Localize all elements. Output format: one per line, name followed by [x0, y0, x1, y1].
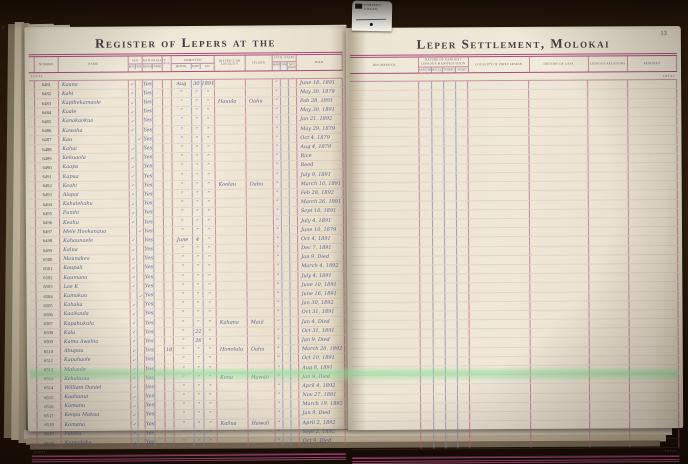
table-cell: ” — [204, 410, 217, 418]
table-cell — [434, 357, 446, 365]
table-cell: ” — [194, 383, 204, 391]
table-cell — [590, 310, 629, 318]
table-cell — [281, 106, 289, 114]
table-cell: 6503 — [36, 283, 60, 291]
table-cell: Kapihekamaole — [59, 98, 129, 107]
table-cell: ✓ — [131, 411, 138, 419]
table-cell: ” — [174, 383, 194, 391]
table-cell: ✓ — [130, 264, 137, 272]
table-cell — [457, 210, 469, 218]
table-cell — [291, 327, 299, 335]
table-cell: ” — [193, 254, 203, 262]
table-cell — [469, 127, 530, 136]
table-cell: April 4, 1892 — [299, 382, 345, 391]
table-cell — [444, 155, 457, 163]
table-cell: Oct 9, Died — [300, 437, 346, 446]
table-cell: ” — [203, 236, 216, 244]
table-cell — [290, 198, 298, 206]
table-cell: Kapahaole — [61, 356, 131, 365]
table-cell — [247, 263, 274, 271]
table-cell: ✓ — [129, 153, 136, 161]
table-cell — [165, 337, 174, 345]
table-cell: ” — [194, 410, 204, 418]
table-cell — [419, 109, 432, 117]
table-cell: Yes — [144, 181, 154, 189]
column-header: Number — [35, 57, 59, 72]
table-cell — [137, 190, 144, 198]
column-subheader-label: Mixed — [456, 67, 468, 72]
table-cell — [156, 420, 166, 428]
table-cell — [458, 247, 470, 255]
table-cell: ” — [203, 180, 216, 188]
tab-label-line2: DISEASE — [364, 7, 379, 11]
table-cell — [290, 217, 298, 225]
table-cell — [165, 365, 174, 373]
table-cell — [290, 272, 298, 280]
table-cell: ✓ — [131, 310, 138, 318]
table-cell — [445, 348, 458, 356]
table-cell — [471, 439, 532, 448]
table-cell: ” — [194, 373, 204, 381]
table-cell — [247, 244, 274, 252]
table-cell — [445, 238, 458, 246]
table-cell: Kapahukula — [61, 319, 131, 328]
table-cell — [163, 107, 172, 115]
table-cell — [420, 219, 433, 227]
table-cell — [591, 439, 630, 447]
table-cell — [433, 192, 445, 200]
table-cell — [351, 284, 420, 293]
table-cell — [445, 265, 458, 273]
table-cell: 4 — [193, 236, 203, 244]
column-header: District or Locality — [215, 56, 246, 71]
table-cell — [216, 244, 247, 252]
table-cell — [289, 161, 297, 169]
table-cell: June 10, 1879 — [298, 225, 344, 234]
table-cell — [433, 229, 445, 237]
table-cell — [283, 391, 291, 399]
table-cell: Koolau — [216, 180, 247, 188]
table-cell — [421, 366, 434, 374]
column-header: NationalityHawaiianForeigner — [143, 56, 163, 71]
table-cell — [457, 173, 469, 181]
table-cell — [531, 375, 590, 384]
table-cell — [445, 330, 458, 338]
table-cell — [138, 310, 145, 318]
table-cell: June 18, 1891 — [297, 78, 343, 87]
table-cell — [531, 301, 590, 310]
table-cell — [421, 385, 434, 393]
table-cell: Kahai — [59, 144, 129, 153]
table-cell: Kala — [61, 328, 131, 337]
table-cell — [630, 438, 679, 446]
table-cell — [469, 118, 530, 127]
table-cell — [629, 200, 678, 208]
table-cell — [421, 348, 434, 356]
table-cell — [469, 136, 530, 145]
table-cell — [138, 346, 145, 354]
column-subheader-label: Female — [135, 64, 142, 69]
table-cell: Sept 2, 1892 — [300, 427, 346, 436]
table-cell — [281, 134, 289, 142]
punch-hole — [370, 23, 373, 26]
table-cell: 6508 — [37, 329, 61, 337]
table-cell: ” — [175, 429, 195, 437]
table-cell: ✓ — [131, 300, 138, 308]
table-cell — [165, 410, 174, 418]
table-cell: ” — [204, 392, 217, 400]
table-cell — [291, 308, 299, 316]
table-cell: ✓ — [131, 383, 138, 391]
table-cell: ” — [275, 327, 283, 335]
table-cell: Kona — [217, 373, 248, 381]
table-cell — [139, 429, 146, 437]
table-cell — [629, 218, 678, 226]
table-cell — [247, 253, 274, 261]
table-cell: ” — [274, 171, 282, 179]
table-cell: ” — [174, 374, 194, 382]
table-cell — [457, 192, 469, 200]
column-header: Nature of Earliest Leprous Manifestation… — [419, 57, 469, 72]
table-cell — [629, 328, 678, 336]
table-cell — [137, 199, 144, 207]
table-cell — [434, 366, 446, 374]
table-cell: Kahi — [59, 89, 129, 98]
table-cell — [591, 420, 630, 428]
table-cell — [444, 210, 457, 218]
table-cell — [434, 422, 446, 430]
table-cell: 22 — [194, 328, 204, 336]
table-cell: ” — [192, 89, 202, 97]
table-cell — [290, 180, 298, 188]
table-cell — [589, 163, 628, 171]
table-cell: 6518 — [38, 421, 62, 429]
table-cell: ” — [192, 116, 202, 124]
table-cell: 6482 — [35, 90, 59, 98]
table-cell — [164, 227, 173, 235]
column-header-label: Number — [35, 62, 58, 68]
table-cell: Kekuaola — [59, 154, 129, 163]
table-cell: ” — [274, 198, 282, 206]
table-cell: ” — [202, 107, 215, 115]
table-cell: Kahalehaku — [60, 199, 130, 208]
table-cell: Feb 28, 1891 — [297, 97, 343, 106]
table-cell — [588, 80, 627, 88]
table-cell: Rice — [297, 152, 343, 161]
table-cell — [352, 385, 421, 394]
table-cell — [432, 146, 444, 154]
table-cell — [433, 210, 445, 218]
table-cell — [420, 265, 433, 273]
table-cell — [629, 319, 678, 327]
table-cell — [458, 394, 470, 402]
table-cell — [445, 376, 458, 384]
table-cell — [469, 145, 530, 154]
table-cell — [589, 209, 628, 217]
table-cell — [136, 98, 143, 106]
table-cell: ” — [193, 208, 203, 216]
table-cell — [420, 275, 433, 283]
table-cell: ✓ — [129, 80, 136, 88]
table-cell — [216, 226, 247, 234]
column-header-label: Island — [246, 60, 272, 66]
table-cell — [137, 236, 144, 244]
table-cell — [290, 226, 298, 234]
table-cell — [421, 440, 434, 448]
table-cell: ” — [273, 143, 281, 151]
table-cell — [433, 238, 445, 246]
column-header: AdmittedMonthDateA.D. — [172, 56, 215, 71]
table-cell — [215, 153, 246, 161]
table-cell — [248, 364, 275, 372]
table-cell — [530, 237, 589, 246]
table-cell — [291, 336, 299, 344]
table-cell — [589, 108, 628, 116]
table-cell: ” — [274, 263, 282, 271]
table-cell: March 19, 1892 — [299, 400, 345, 409]
table-cell: Punihi — [60, 209, 130, 218]
table-cell: ” — [273, 152, 281, 160]
column-header: Leprous Relations — [589, 56, 628, 71]
table-cell — [445, 256, 458, 264]
table-cell: ✓ — [132, 429, 139, 437]
table-cell — [420, 229, 433, 237]
table-cell — [282, 217, 290, 225]
table-cell — [215, 116, 246, 124]
table-cell — [468, 90, 529, 99]
table-cell — [350, 128, 419, 137]
table-cell — [153, 162, 163, 170]
table-cell — [247, 235, 274, 243]
table-cell: ” — [194, 401, 204, 409]
table-cell — [289, 106, 297, 114]
column-header: Discharged — [350, 58, 419, 74]
table-cell — [351, 256, 420, 265]
table-cell — [420, 238, 433, 246]
table-cell — [469, 246, 530, 255]
table-cell — [445, 293, 458, 301]
table-cell: Yes — [144, 254, 154, 262]
table-cell — [154, 218, 164, 226]
table-cell: Yes — [144, 227, 154, 235]
table-cell: ” — [204, 401, 217, 409]
table-cell — [628, 135, 677, 143]
table-cell: Reed — [297, 161, 343, 170]
table-cell: Yes — [144, 291, 154, 299]
table-cell: Yes — [145, 411, 155, 419]
table-cell: ” — [192, 125, 202, 133]
table-cell: ” — [203, 254, 216, 262]
table-cell: Yes — [144, 172, 154, 180]
table-cell — [216, 217, 247, 225]
table-cell — [352, 376, 421, 385]
table-cell — [529, 99, 588, 108]
table-cell — [154, 282, 164, 290]
table-cell: ” — [204, 300, 217, 308]
table-cell — [419, 100, 432, 108]
table-cell: ” — [273, 134, 281, 142]
table-cell — [630, 365, 679, 373]
table-cell — [531, 347, 590, 356]
table-cell — [137, 282, 144, 290]
table-cell — [444, 192, 457, 200]
table-cell: ” — [275, 410, 283, 418]
table-cell — [291, 318, 299, 326]
table-cell: 6515 — [37, 393, 61, 401]
column-header-label: Remarks — [628, 61, 676, 67]
table-cell — [433, 284, 445, 292]
table-cell — [136, 126, 143, 134]
column-header-label: Locality of First Lesion — [469, 62, 529, 68]
table-cell — [433, 330, 445, 338]
table-cell — [469, 182, 530, 191]
column-subheader-label: Month — [172, 64, 192, 69]
table-cell — [291, 400, 299, 408]
table-cell: 6497 — [36, 228, 60, 236]
table-cell: ” — [193, 263, 203, 271]
table-cell — [138, 411, 145, 419]
table-cell: ” — [172, 107, 192, 115]
table-cell — [166, 429, 175, 437]
film-frame-number: 7 — [2, 26, 5, 31]
column-header-label: District or Locality — [215, 58, 245, 67]
table-cell — [289, 115, 297, 123]
table-cell — [589, 246, 628, 254]
table-cell: ” — [173, 171, 193, 179]
table-cell — [629, 246, 678, 254]
table-cell — [530, 108, 589, 117]
table-cell — [444, 183, 457, 191]
table-cell — [457, 109, 469, 117]
table-cell: Yes — [144, 208, 154, 216]
table-cell — [444, 100, 457, 108]
table-cell — [444, 173, 457, 181]
table-cell — [470, 329, 531, 338]
table-cell — [155, 365, 165, 373]
table-cell — [352, 321, 421, 330]
table-cell — [432, 82, 444, 90]
table-cell — [289, 152, 297, 160]
table-cell — [531, 329, 590, 338]
table-cell: July 9, 1891 — [298, 170, 344, 179]
table-cell — [246, 88, 273, 96]
table-cell: ” — [274, 244, 282, 252]
left-page-title: Register of Lepers at the — [24, 34, 346, 53]
table-cell: 6489 — [35, 154, 59, 162]
table-cell — [351, 275, 420, 284]
bottom-rule — [352, 456, 679, 464]
table-cell: Yes — [143, 117, 153, 125]
table-cell — [470, 311, 531, 320]
table-cell — [153, 153, 163, 161]
table-cell — [155, 392, 165, 400]
table-cell — [433, 275, 445, 283]
right-page-title: Leper Settlement, Molokai — [346, 35, 681, 53]
table-cell: ” — [173, 272, 193, 280]
table-cell — [155, 319, 165, 327]
table-cell: Yes — [145, 365, 155, 373]
table-cell — [531, 310, 590, 319]
table-cell: Yes — [146, 420, 156, 428]
table-cell: Yes — [143, 135, 153, 143]
column-header: SexMaleFemale — [129, 56, 143, 71]
table-cell — [164, 245, 173, 253]
table-cell — [155, 374, 165, 382]
table-cell: ” — [274, 272, 282, 280]
table-cell: ” — [193, 181, 203, 189]
table-cell: Yes — [143, 107, 153, 115]
table-cell: ” — [273, 162, 281, 170]
table-cell — [590, 374, 629, 382]
table-cell — [164, 282, 173, 290]
table-cell: ” — [275, 373, 283, 381]
table-cell — [421, 339, 434, 347]
table-cell — [420, 183, 433, 191]
table-cell: March 4, 1892 — [298, 262, 344, 271]
column-header-label — [29, 63, 34, 65]
table-cell: Yes — [145, 392, 155, 400]
table-cell — [628, 154, 677, 162]
table-cell: ✓ — [132, 420, 139, 428]
table-cell: 6491 — [36, 172, 60, 180]
table-cell: ” — [203, 171, 216, 179]
table-cell: Honolulu — [217, 346, 248, 354]
table-cell: ” — [203, 281, 216, 289]
table-cell — [590, 338, 629, 346]
table-cell: Alapai — [60, 190, 130, 199]
table-cell — [628, 181, 677, 189]
table-cell — [434, 385, 446, 393]
table-cell — [282, 189, 290, 197]
table-cell: ” — [172, 144, 192, 152]
table-cell — [590, 411, 629, 419]
table-cell: ” — [173, 227, 193, 235]
table-cell — [628, 172, 677, 180]
table-cell — [434, 440, 446, 448]
table-cell — [444, 127, 457, 135]
table-cell: 18 — [165, 346, 174, 354]
table-cell: ” — [193, 245, 203, 253]
table-cell: May 30, 1879 — [297, 88, 343, 97]
table-cell — [445, 320, 458, 328]
table-cell — [458, 357, 470, 365]
table-cell — [165, 309, 174, 317]
table-cell — [351, 183, 420, 192]
table-cell — [420, 311, 433, 319]
table-cell — [163, 135, 172, 143]
table-cell — [444, 91, 457, 99]
table-cell: 6520 — [38, 439, 62, 447]
table-cell: Loe K — [60, 282, 130, 291]
table-cell — [352, 403, 421, 412]
table-cell: ” — [173, 181, 193, 189]
table-cell — [290, 244, 298, 252]
table-cell: ” — [202, 116, 215, 124]
table-cell: ” — [273, 116, 281, 124]
table-cell — [420, 247, 433, 255]
table-cell: Yes — [144, 236, 154, 244]
table-cell — [216, 254, 247, 262]
table-cell: 1891 — [202, 79, 215, 87]
table-cell — [283, 382, 291, 390]
table-cell: ” — [172, 98, 192, 106]
table-cell — [154, 181, 164, 189]
table-cell: Ahupau — [61, 346, 131, 355]
table-cell — [154, 264, 164, 272]
table-cell — [137, 245, 144, 253]
archive-tab: HANSEN'S DISEASE — [352, 1, 393, 32]
table-cell: ” — [193, 171, 203, 179]
